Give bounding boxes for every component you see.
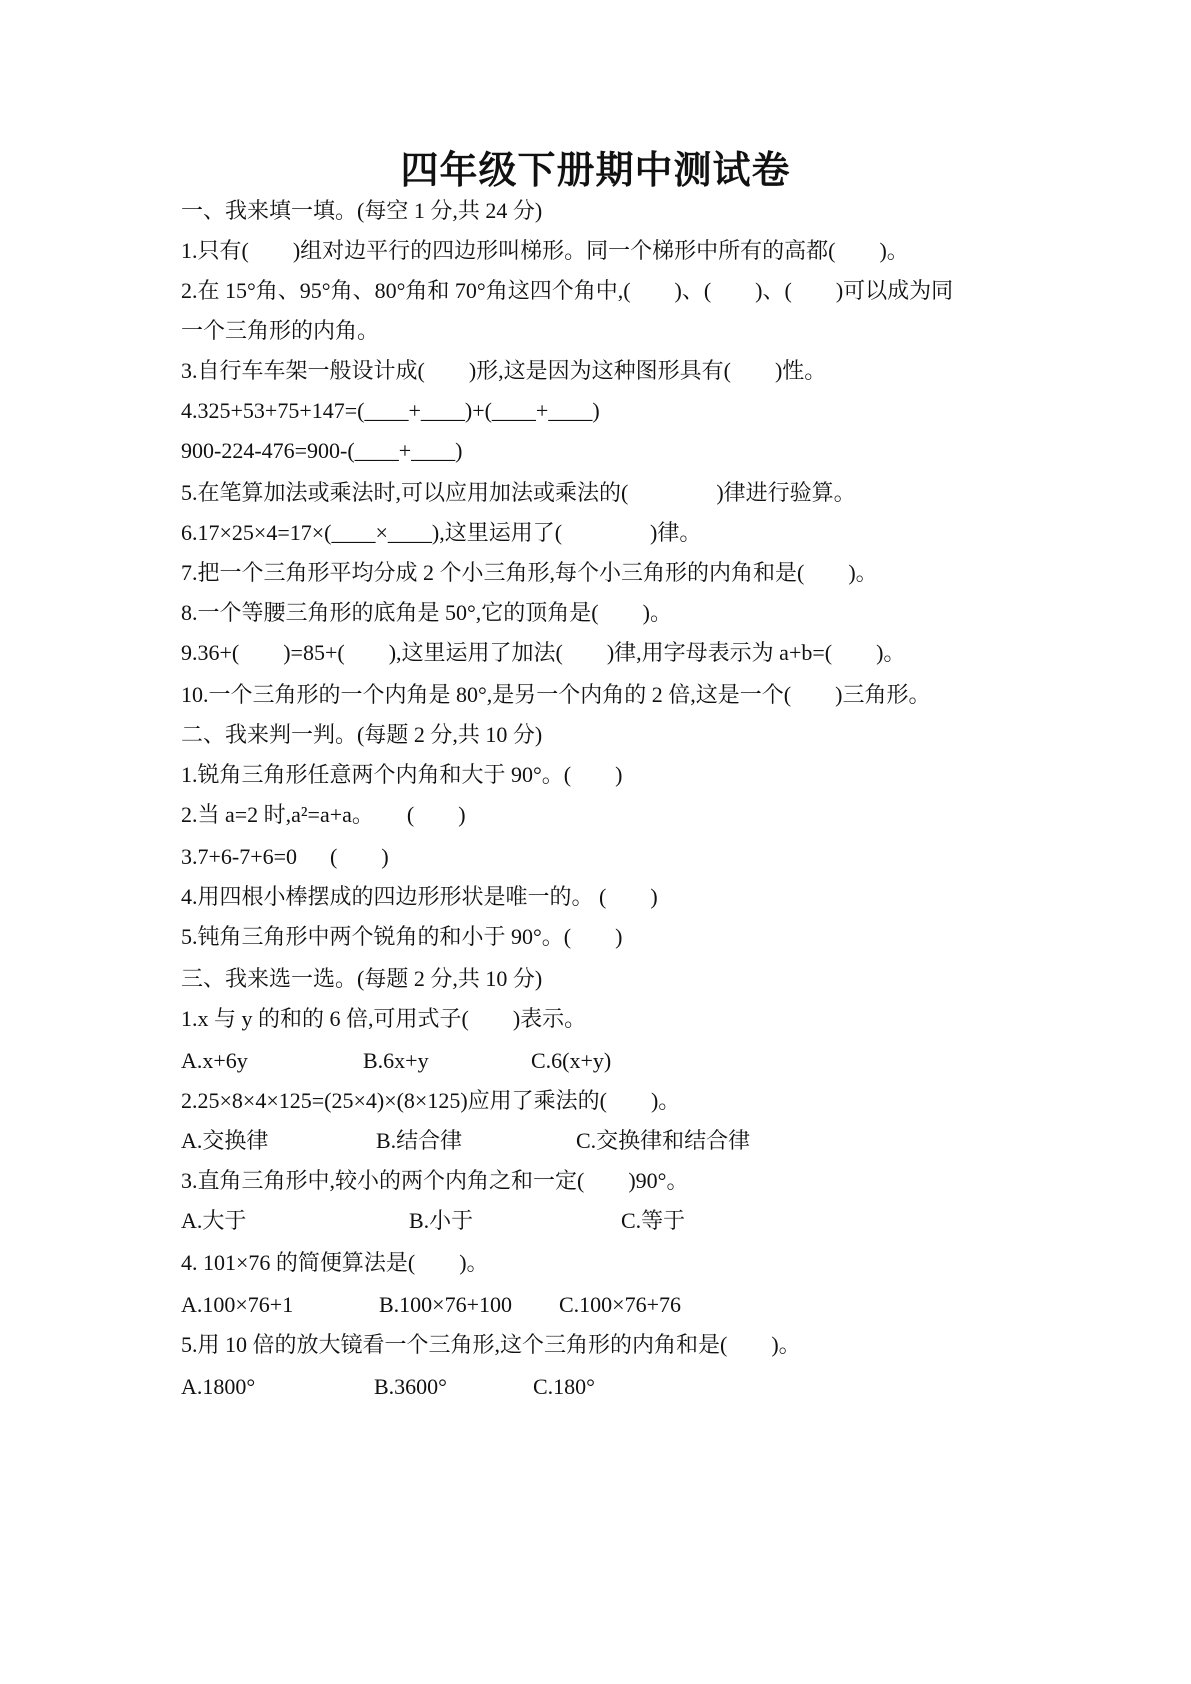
option-a: A.交换律 xyxy=(181,1126,268,1156)
choice-options: A.大于 B.小于 C.等于 xyxy=(181,1206,881,1236)
choice-stem: 3.直角三角形中,较小的两个内角之和一定( )90°。 xyxy=(181,1166,688,1196)
option-c: C.100×76+76 xyxy=(559,1290,681,1320)
question-line: 9.36+( )=85+( ),这里运用了加法( )律,用字母表示为 a+b=(… xyxy=(181,638,905,668)
choice-options: A.x+6y B.6x+y C.6(x+y) xyxy=(181,1046,881,1076)
question-line: 900-224-476=900-(____+____) xyxy=(181,436,462,466)
choice-options: A.1800° B.3600° C.180° xyxy=(181,1372,881,1402)
option-c: C.交换律和结合律 xyxy=(576,1126,750,1156)
question-line: 8.一个等腰三角形的底角是 50°,它的顶角是( )。 xyxy=(181,598,672,628)
choice-stem: 4. 101×76 的简便算法是( )。 xyxy=(181,1248,489,1278)
question-line: 10.一个三角形的一个内角是 80°,是另一个内角的 2 倍,这是一个( )三角… xyxy=(181,680,930,710)
question-line: 7.把一个三角形平均分成 2 个小三角形,每个小三角形的内角和是( )。 xyxy=(181,558,878,588)
choice-options: A.100×76+1 B.100×76+100 C.100×76+76 xyxy=(181,1290,881,1320)
option-a: A.100×76+1 xyxy=(181,1290,293,1320)
option-c: C.180° xyxy=(533,1372,595,1402)
question-line: 1.只有( )组对边平行的四边形叫梯形。同一个梯形中所有的高都( )。 xyxy=(181,236,909,266)
question-line: 2.在 15°角、95°角、80°角和 70°角这四个角中,( )、( )、( … xyxy=(181,276,953,306)
option-b: B.小于 xyxy=(409,1206,473,1236)
judge-line: 5.钝角三角形中两个锐角的和小于 90°。( ) xyxy=(181,922,622,952)
option-c: C.6(x+y) xyxy=(531,1046,611,1076)
option-a: A.大于 xyxy=(181,1206,246,1236)
section-heading-choose: 三、我来选一选。(每题 2 分,共 10 分) xyxy=(181,964,542,994)
choice-stem: 5.用 10 倍的放大镜看一个三角形,这个三角形的内角和是( )。 xyxy=(181,1330,801,1360)
option-b: B.结合律 xyxy=(376,1126,462,1156)
choice-stem: 1.x 与 y 的和的 6 倍,可用式子( )表示。 xyxy=(181,1004,586,1034)
option-b: B.6x+y xyxy=(363,1046,429,1076)
judge-line: 2.当 a=2 时,a²=a+a。 ( ) xyxy=(181,800,466,830)
question-line: 6.17×25×4=17×(____×____),这里运用了( )律。 xyxy=(181,518,701,548)
option-a: A.1800° xyxy=(181,1372,255,1402)
question-line: 一个三角形的内角。 xyxy=(181,316,379,346)
judge-line: 3.7+6-7+6=0 ( ) xyxy=(181,842,389,872)
option-b: B.3600° xyxy=(374,1372,447,1402)
section-heading-judge: 二、我来判一判。(每题 2 分,共 10 分) xyxy=(181,720,542,750)
question-line: 4.325+53+75+147=(____+____)+(____+____) xyxy=(181,396,600,426)
choice-options: A.交换律 B.结合律 C.交换律和结合律 xyxy=(181,1126,881,1156)
option-b: B.100×76+100 xyxy=(379,1290,512,1320)
page-title: 四年级下册期中测试卷 xyxy=(0,146,1191,194)
judge-line: 1.锐角三角形任意两个内角和大于 90°。( ) xyxy=(181,760,622,790)
question-line: 3.自行车车架一般设计成( )形,这是因为这种图形具有( )性。 xyxy=(181,356,826,386)
section-heading-fill: 一、我来填一填。(每空 1 分,共 24 分) xyxy=(181,196,542,226)
option-c: C.等于 xyxy=(621,1206,685,1236)
option-a: A.x+6y xyxy=(181,1046,248,1076)
choice-stem: 2.25×8×4×125=(25×4)×(8×125)应用了乘法的( )。 xyxy=(181,1086,680,1116)
judge-line: 4.用四根小棒摆成的四边形形状是唯一的。 ( ) xyxy=(181,882,658,912)
question-line: 5.在笔算加法或乘法时,可以应用加法或乘法的( )律进行验算。 xyxy=(181,478,856,508)
exam-page: 四年级下册期中测试卷 一、我来填一填。(每空 1 分,共 24 分) 1.只有(… xyxy=(0,0,1191,1684)
